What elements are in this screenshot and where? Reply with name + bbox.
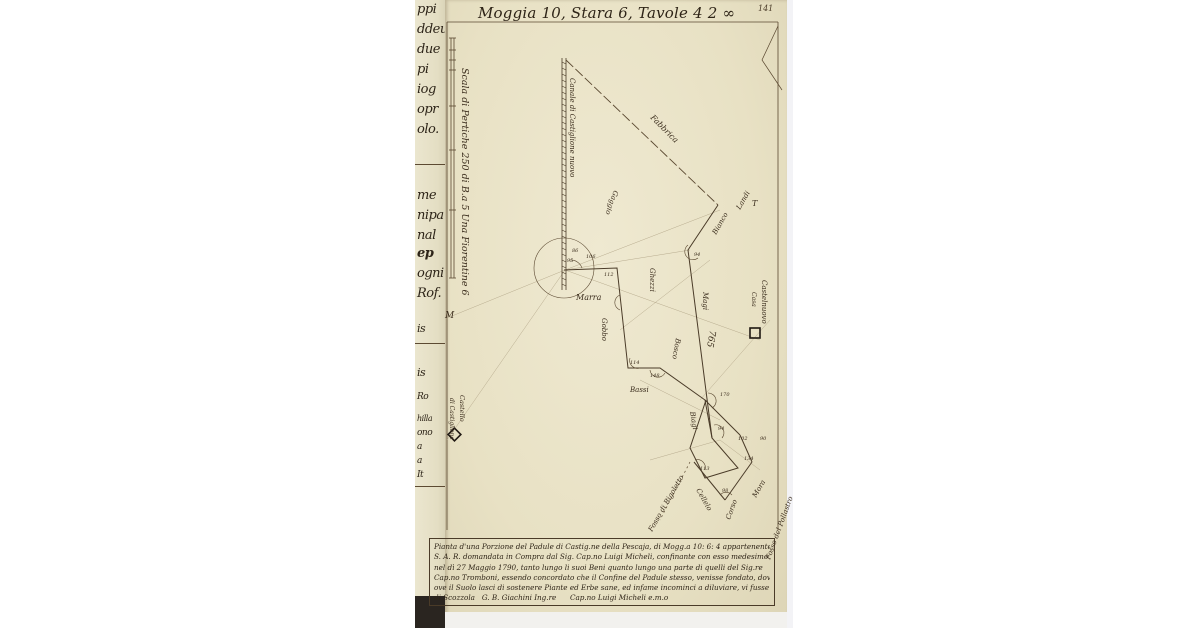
place-label: Corso — [724, 498, 739, 520]
field-label: Gaggio — [604, 189, 620, 215]
parcel-number: 765 — [704, 329, 717, 348]
angle-value: 94 — [694, 252, 700, 258]
canal — [562, 58, 566, 290]
parcel-boundary — [564, 205, 752, 500]
angle-value: 112 — [604, 272, 614, 278]
angle-value: 94 — [718, 426, 724, 432]
mark-label: T — [752, 199, 758, 208]
map-title: Moggia 10, Stara 6, Tavole 4 2 ∞ — [478, 4, 735, 22]
caption-line: Cap.no Tromboni, essendo concordato che … — [434, 573, 770, 583]
scale-bar — [449, 38, 456, 278]
angle-value: 86 — [572, 248, 579, 254]
angle-value: 90 — [760, 436, 767, 442]
place-label: di Castiglione — [448, 398, 455, 440]
folio-number: 141 — [758, 4, 773, 13]
place-label: Fosso di Rigoletto — [646, 474, 685, 534]
upper-diagonal-label: Fabbrica — [648, 112, 680, 144]
angle-value: 170 — [720, 392, 730, 398]
angle-value: 95 — [567, 258, 573, 264]
place-label: Castello — [458, 395, 466, 422]
place-label: Casa — [750, 292, 757, 307]
canal-label: Canale di Castiglione nuovo — [568, 78, 576, 177]
angle-value: 148 — [650, 373, 660, 379]
border-notch — [762, 26, 782, 90]
caption-line: nel dì 27 Maggio 1790, tanto lungo li su… — [434, 563, 770, 573]
angle-value: 114 — [630, 360, 640, 366]
angle-circle — [534, 238, 594, 298]
place-label: Castelnuovo — [760, 280, 768, 324]
angle-value: 113 — [700, 466, 710, 472]
caption-line: S. A. R. domandata in Compra dal Sig. Ca… — [434, 552, 770, 562]
field-label: Magi — [701, 291, 709, 310]
field-label: Landi — [734, 190, 751, 212]
marsh-label: Marra — [575, 293, 602, 302]
field-label: Ghezzi — [648, 268, 656, 292]
surveyor-signature: G. B. Giachini Ing.re — [482, 593, 556, 602]
caption-line: ove il Suolo lasci di sostenere Piante e… — [434, 583, 770, 593]
field-label: Bassi — [629, 386, 649, 394]
owner-signature: Cap.no Luigi Micheli e.m.o — [570, 593, 668, 602]
map-caption: Pianta d'una Porzione del Padule di Cast… — [429, 538, 775, 606]
scale-label: Scala di Pertiche 250 di B.a 5 Una Fiore… — [459, 68, 470, 296]
angle-value: 98 — [722, 488, 728, 494]
angle-value: 134 — [744, 456, 754, 462]
dashed-boundary — [566, 60, 718, 205]
compass-mark: M — [444, 311, 455, 321]
angle-value: 102 — [738, 436, 748, 442]
place-label: Cellelo — [694, 487, 713, 512]
survey-drawing: Canale di Castiglione nuovo Fabbrica Mar… — [0, 0, 1200, 628]
field-label: Bianco — [710, 211, 730, 237]
place-label: Mora — [750, 479, 767, 500]
field-label: Biagi — [688, 410, 699, 430]
caption-location: di Scozzola — [434, 593, 475, 602]
caption-signature-row: di Scozzola G. B. Giachini Ing.re Cap.no… — [434, 593, 770, 603]
caption-line: Pianta d'una Porzione del Padule di Cast… — [434, 542, 770, 552]
angle-value: 106 — [586, 254, 596, 260]
field-label: Bosco — [670, 337, 682, 360]
field-label: Gobbo — [600, 318, 608, 341]
